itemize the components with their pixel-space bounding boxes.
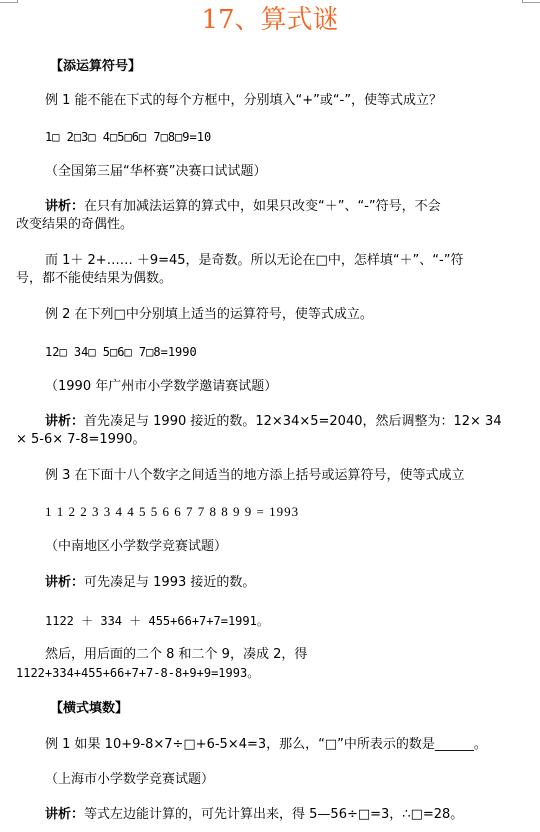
section2-example-1-analysis: 讲析：等式左边能计算的，可先计算出来，得 5—56÷□=3，∴□=28。 — [45, 806, 463, 824]
section-heading-fill-numbers: 【横式填数】 — [50, 700, 128, 718]
example-3-step-1: 1122 ＋ 334 ＋ 455+66+7+7=1991。 — [45, 612, 269, 630]
example-2-analysis: 讲析：首先凑足与 1990 接近的数。12×34×5=2040，然后调整为：12… — [45, 413, 502, 431]
example-1-source: （全国第三届“华杯赛”决赛口试试题） — [45, 163, 266, 181]
analysis-label: 讲析： — [45, 807, 84, 822]
analysis-label: 讲析： — [45, 575, 84, 590]
page-title: 17、算式谜 — [0, 2, 540, 38]
example-1-question: 例 1 能不能在下式的每个方框中，分别填入“+”或“-”，使等式成立？ — [45, 92, 442, 110]
example-2-source: （1990 年广州市小学数学邀请赛试题） — [45, 378, 277, 396]
example-2-analysis-cont: × 5-6× 7-8=1990。 — [16, 431, 146, 449]
example-1-equation: 1□ 2□3□ 4□5□6□ 7□8□9=10 — [45, 128, 211, 146]
example-1-analysis-2: 而 1＋ 2+…… ＋9=45，是奇数。所以无论在□中，怎样填“＋”、“-”符 — [45, 252, 463, 270]
example-1-analysis-2-cont: 号，都不能使结果为偶数。 — [16, 270, 172, 288]
section-heading-add-operators: 【添运算符号】 — [50, 58, 141, 76]
example-1-analysis: 讲析：在只有加减法运算的算式中，如果只改变“＋”、“-”符号，不会 — [45, 198, 441, 216]
example-1-analysis-cont: 改变结果的奇偶性。 — [16, 216, 133, 234]
example-3-step-2: 然后，用后面的二个 8 和二个 9，凑成 2，得 — [45, 646, 307, 664]
analysis-label: 讲析： — [45, 414, 84, 429]
example-2-question: 例 2 在下列□中分别填上适当的运算符号，使等式成立。 — [45, 306, 373, 324]
section2-example-1-question: 例 1 如果 10+9-8×7÷□+6-5×4=3，那么，“□”中所表示的数是_… — [45, 736, 487, 754]
analysis-label: 讲析： — [45, 199, 84, 214]
example-3-step-2-cont: 1122+334+455+66+7+7-8-8+9+9=1993。 — [16, 664, 259, 682]
example-3-equation: 1 1 2 2 3 3 4 4 5 5 6 6 7 7 8 8 9 9 = 19… — [45, 503, 299, 521]
example-3-question: 例 3 在下面十八个数字之间适当的地方添上括号或运算符号，使等式成立 — [45, 467, 465, 485]
example-2-equation: 12□ 34□ 5□6□ 7□8=1990 — [45, 343, 197, 361]
section2-example-1-source: （上海市小学数学竞赛试题） — [45, 771, 214, 789]
example-3-source: （中南地区小学数学竞赛试题） — [45, 538, 227, 556]
example-3-analysis: 讲析：可先凑足与 1993 接近的数。 — [45, 574, 255, 592]
